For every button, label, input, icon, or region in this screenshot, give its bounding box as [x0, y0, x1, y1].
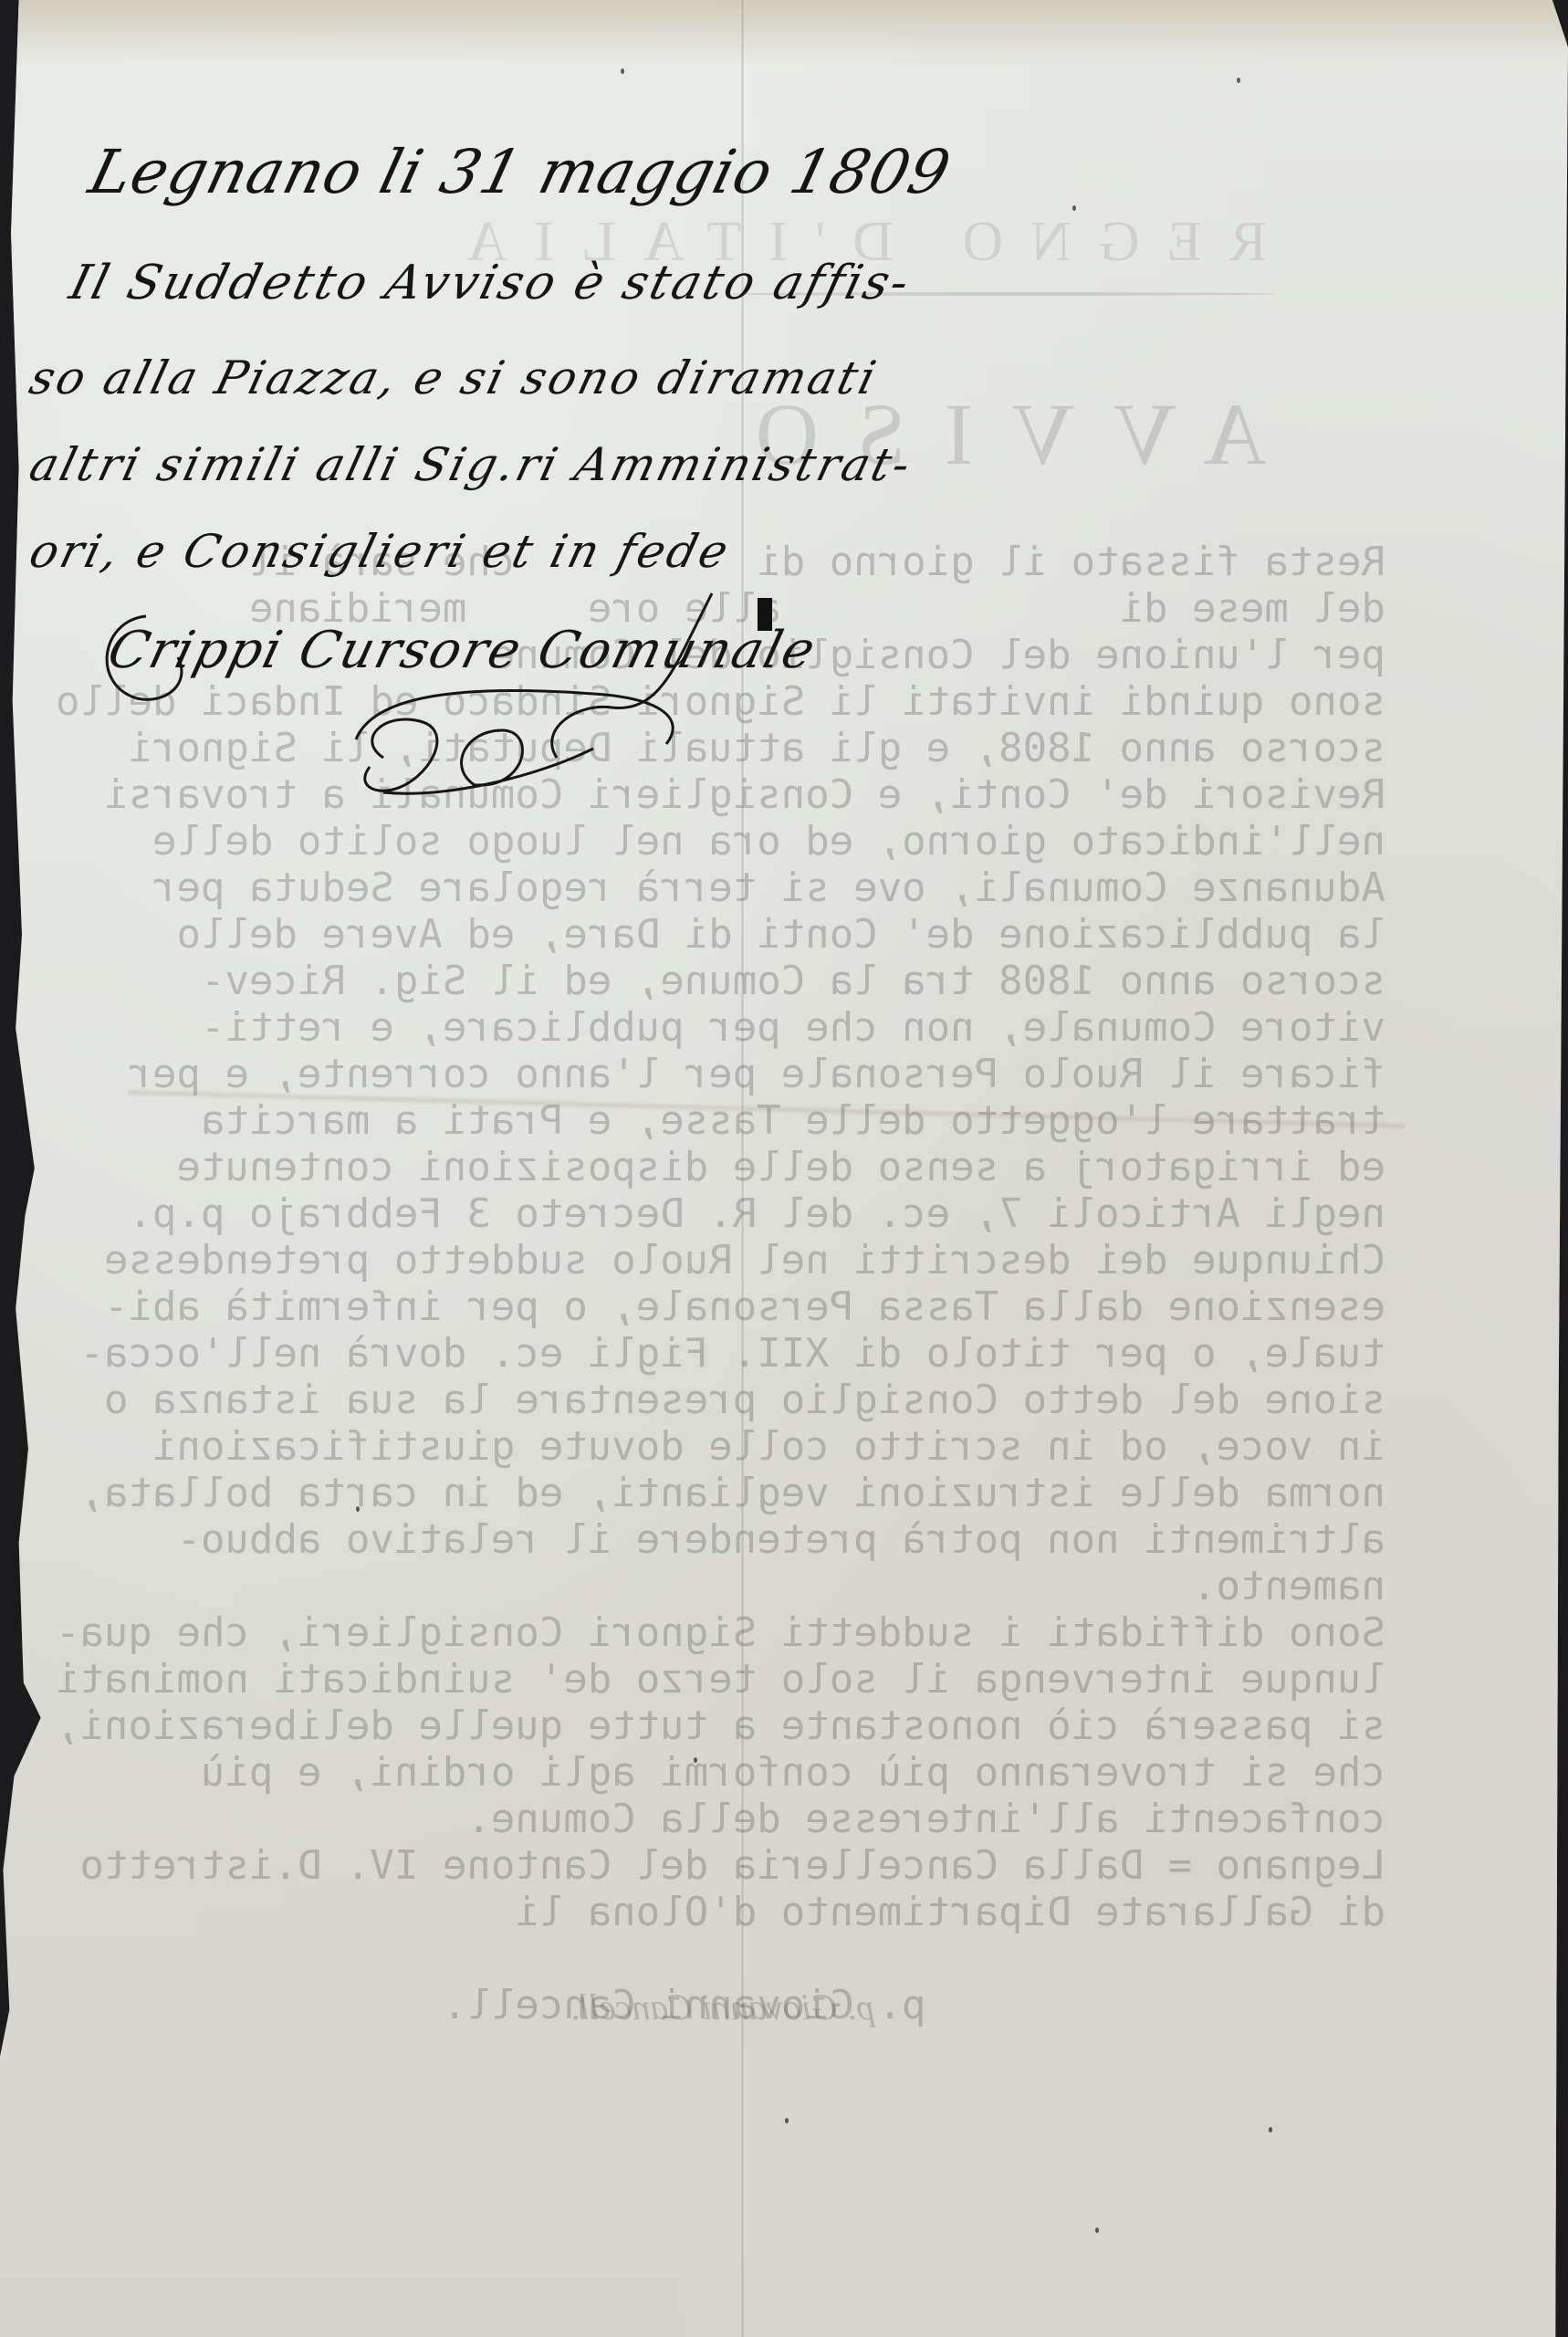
signature-paraph-icon: [82, 584, 776, 803]
horizontal-fold-crease: [128, 1088, 1406, 1131]
vertical-fold-crease: [741, 0, 744, 2337]
document-page: REGNO D'ITALIA AVVISO Resta fissato il g…: [0, 0, 1568, 2337]
handwritten-line-4: altri simili alli Sig.ri Amministrat-: [25, 438, 918, 491]
handwritten-date-line: Legnano li 31 maggio 1809: [82, 137, 957, 207]
top-edge-stain: [0, 0, 1568, 64]
handwritten-line-2: Il Suddetto Avviso è stato affis-: [65, 256, 917, 310]
bleed-signatory: p. Giovanni Cancell.: [570, 1986, 874, 2028]
ink-blot: [758, 598, 772, 631]
signature-cursore-comunale: Crippi Cursore Comunale: [102, 621, 822, 680]
reverse-print-bleedthrough: REGNO D'ITALIA AVVISO Resta fissato il g…: [0, 0, 1568, 2337]
handwritten-line-5: ori, e Consiglieri et in fede: [25, 525, 737, 578]
handwritten-line-3: so alla Piazza, e si sono diramati: [25, 351, 883, 404]
